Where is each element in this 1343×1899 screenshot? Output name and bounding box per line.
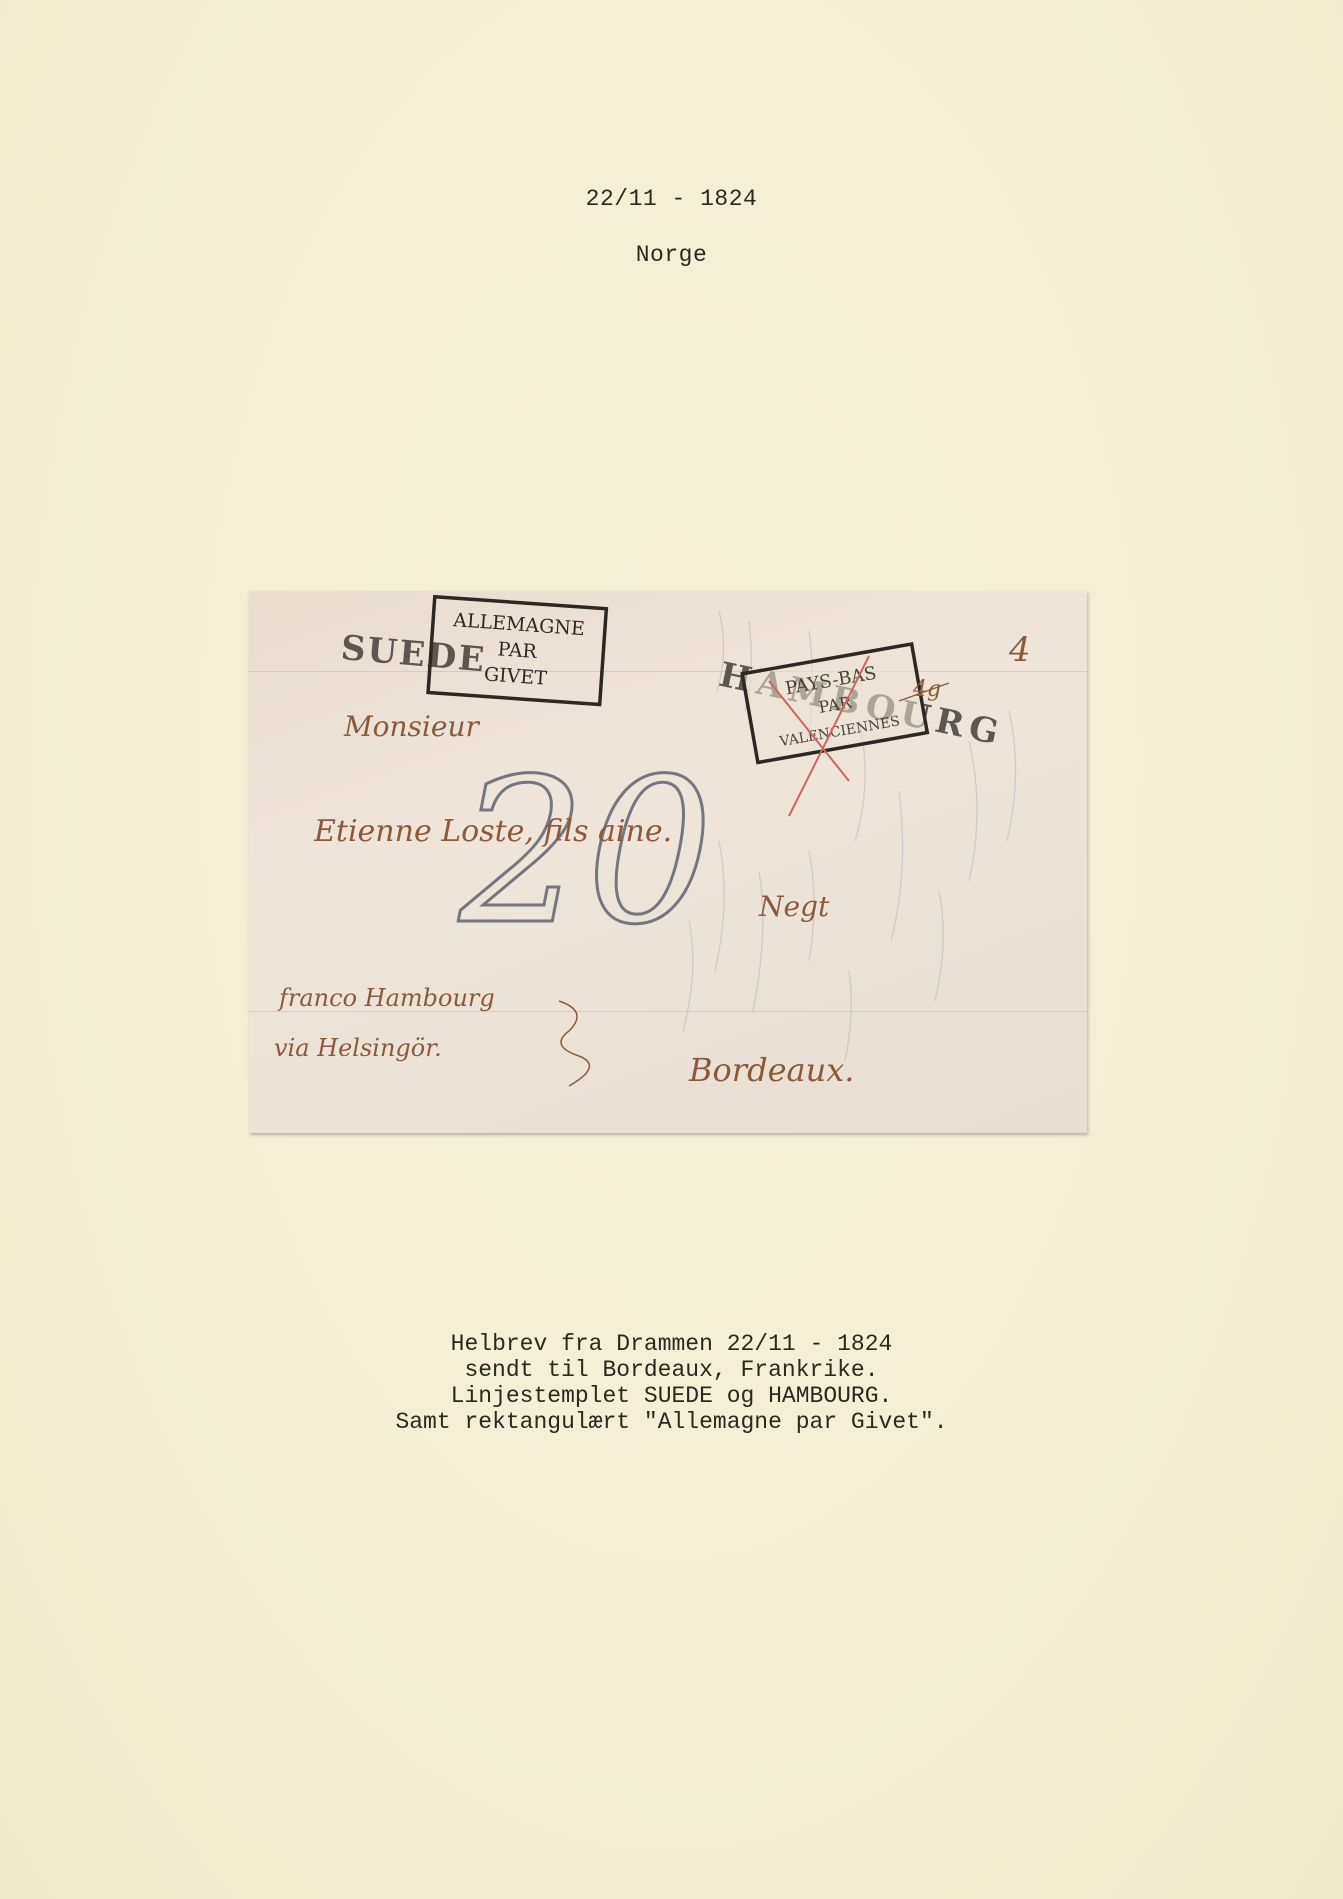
svg-text:GIVET: GIVET	[483, 663, 548, 689]
addressee-text: Etienne Loste, fils aine.	[313, 814, 672, 849]
caption-line: Helbrev fra Drammen 22/11 - 1824	[0, 1331, 1343, 1357]
description-caption: Helbrev fra Drammen 22/11 - 1824 sendt t…	[0, 1331, 1343, 1435]
postal-letter-cover: SUEDE ALLEMAGNE PAR GIVET HAMBOURG PAYS-…	[249, 591, 1087, 1133]
top-right-mark: 4	[1008, 630, 1031, 670]
salutation-text: Monsieur	[343, 710, 480, 743]
caption-line: Linjestemplet SUEDE og HAMBOURG.	[0, 1383, 1343, 1409]
date-heading: 22/11 - 1824	[0, 186, 1343, 212]
caption-line: sendt til Bordeaux, Frankrike.	[0, 1357, 1343, 1383]
pays-bas-par-valenciennes-stamp: PAYS-BAS PAR VALENCIENNES	[742, 644, 927, 763]
route-line-1: franco Hambourg	[277, 984, 495, 1012]
svg-text:ALLEMAGNE: ALLEMAGNE	[452, 609, 586, 640]
negt-text: Negt	[758, 890, 830, 923]
postage-due-numeral: 20	[458, 736, 714, 969]
destination-text: Bordeaux.	[688, 1051, 854, 1089]
caption-line: Samt rektangulært "Allemagne par Givet".	[0, 1409, 1343, 1435]
country-heading: Norge	[0, 242, 1343, 268]
suede-stamp: SUEDE	[339, 628, 487, 681]
route-line-2: via Helsingör.	[274, 1034, 442, 1062]
svg-text:PAR: PAR	[497, 638, 538, 663]
crossed-rate-mark: 4g	[912, 677, 941, 702]
